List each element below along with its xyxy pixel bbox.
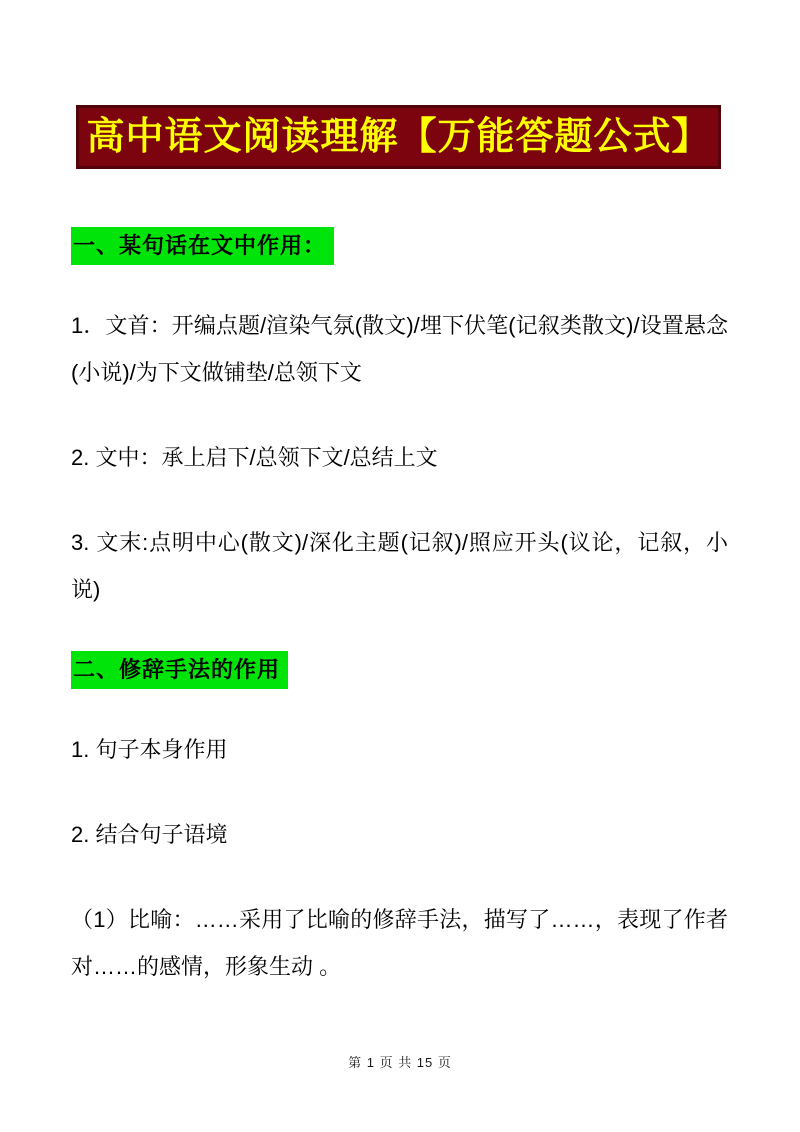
document-content: 一、某句话在文中作用： 1．文首：开编点题/渲染气氛(散文)/埋下伏笔(记叙类散…	[0, 227, 800, 990]
section-1-paragraph-1: 1．文首：开编点题/渲染气氛(散文)/埋下伏笔(记叙类散文)/设置悬念(小说)/…	[71, 302, 728, 396]
page-number-text: 第 1 页 共 15 页	[348, 1055, 452, 1070]
section-1-heading: 一、某句话在文中作用：	[71, 227, 334, 265]
document-page: 高中语文阅读理解【万能答题公式】 一、某句话在文中作用： 1．文首：开编点题/渲…	[0, 0, 800, 1132]
section-2-heading-row: 二、修辞手法的作用	[71, 651, 728, 689]
page-footer: 第 1 页 共 15 页	[0, 1052, 800, 1071]
section-2-paragraph-3: （1）比喻：……采用了比喻的修辞手法，描写了……，表现了作者对……的感情，形象生…	[71, 896, 728, 990]
section-1-paragraph-2: 2. 文中：承上启下/总领下文/总结上文	[71, 434, 728, 481]
section-1-paragraph-3: 3. 文末:点明中心(散文)/深化主题(记叙)/照应开头(议论，记叙，小说)	[71, 519, 728, 613]
section-2-paragraph-2: 2. 结合句子语境	[71, 811, 728, 858]
section-2-paragraph-1: 1. 句子本身作用	[71, 726, 728, 773]
section-2-heading: 二、修辞手法的作用	[71, 651, 288, 689]
title-banner: 高中语文阅读理解【万能答题公式】	[76, 105, 721, 169]
document-title: 高中语文阅读理解【万能答题公式】	[79, 115, 718, 159]
section-1-heading-row: 一、某句话在文中作用：	[71, 227, 728, 265]
